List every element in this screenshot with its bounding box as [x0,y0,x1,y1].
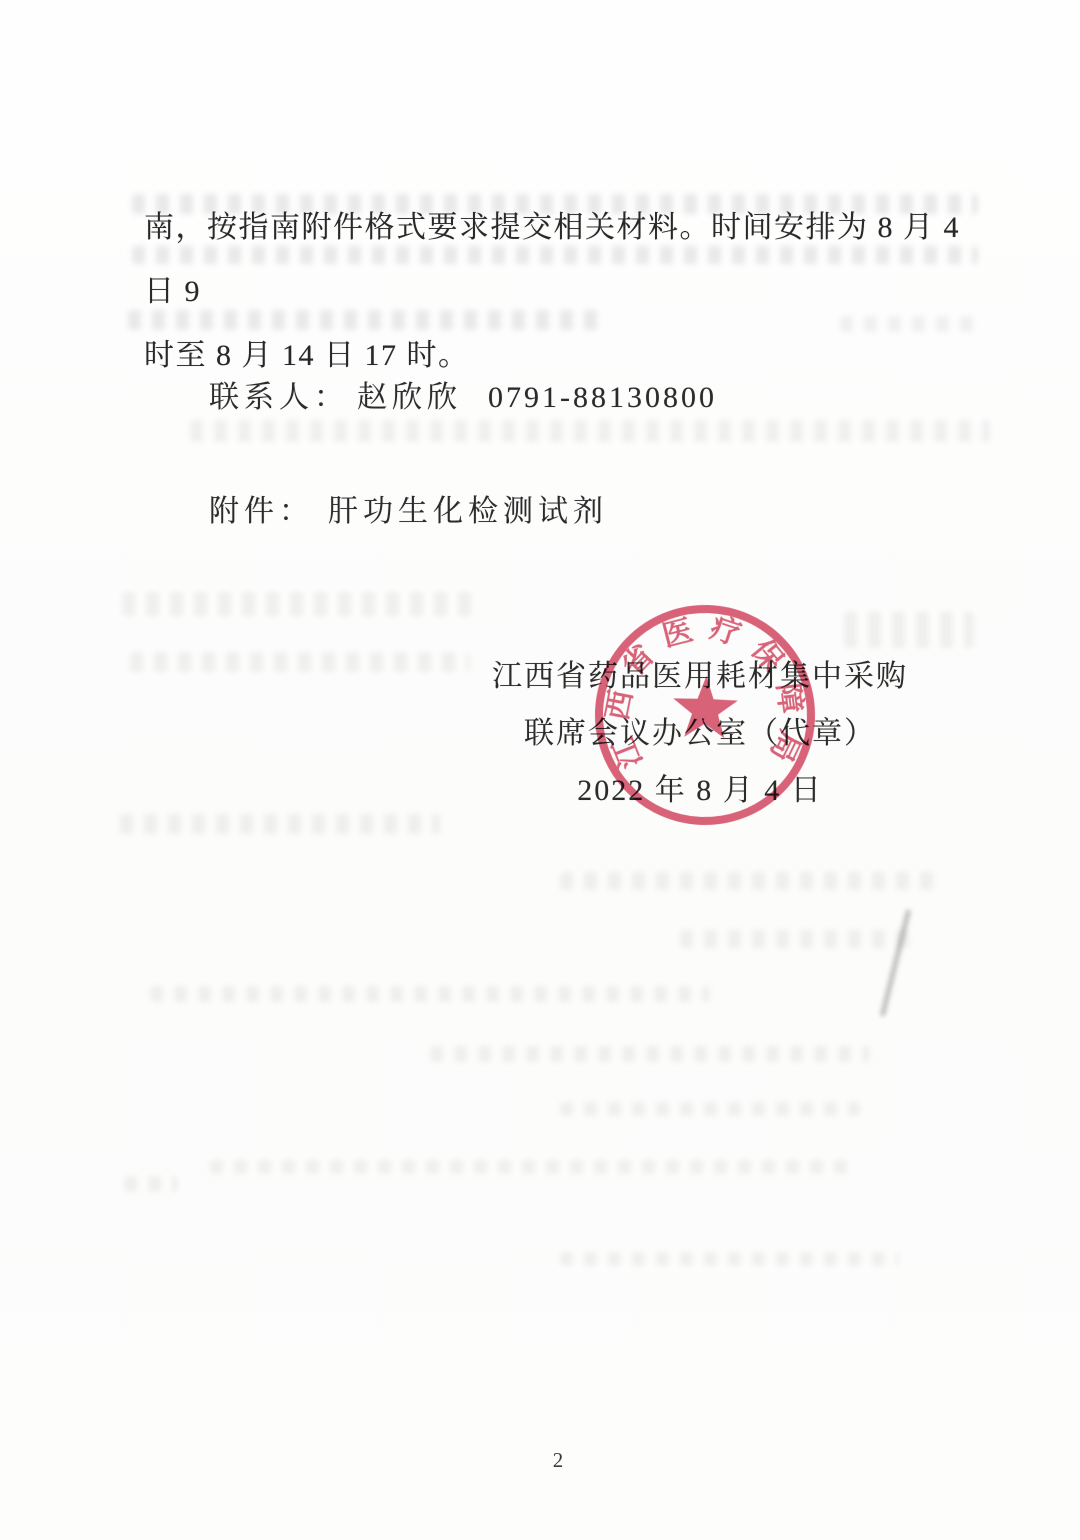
bleed-through-artifact [880,909,911,1017]
bleed-through-artifact [560,1252,900,1266]
bleed-through-artifact [560,872,940,890]
contact-name: 赵欣欣 [357,381,462,414]
official-seal-stamp: 江西省医疗保障局 [584,594,826,836]
bleed-through-artifact [124,1176,178,1192]
bleed-through-artifact [130,652,470,672]
contact-label: 联系人： [209,381,349,414]
bleed-through-artifact [560,1102,860,1116]
bleed-through-artifact [150,986,710,1002]
contact-line: 联系人：赵欣欣0791-88130800 [209,372,717,416]
bleed-through-artifact [120,814,440,834]
attachment-title: 肝功生化检测试剂 [328,495,608,528]
bleed-through-artifact [430,1046,870,1062]
seal-star-icon [672,675,739,739]
bleed-through-artifact [210,1160,850,1174]
attachment-line: 附件：肝功生化检测试剂 [209,486,608,530]
seal-graphic: 江西省医疗保障局 [584,594,826,836]
contact-phone: 0791-88130800 [488,381,717,414]
scanned-document-page: 南，按指南附件格式要求提交相关材料。时间安排为 8 月 4 日 9 时至 8 月… [0,0,1080,1540]
attachment-label: 附件： [209,495,314,528]
body-paragraph-line1: 南，按指南附件格式要求提交相关材料。时间安排为 8 月 4 日 9 [144,196,984,324]
bleed-through-artifact [680,930,920,948]
bleed-through-artifact [122,592,482,616]
page-number: 2 [536,1448,580,1473]
bleed-through-artifact [844,612,974,648]
bleed-through-artifact [190,420,990,442]
body-paragraph: 南，按指南附件格式要求提交相关材料。时间安排为 8 月 4 日 9 时至 8 月… [144,196,984,388]
